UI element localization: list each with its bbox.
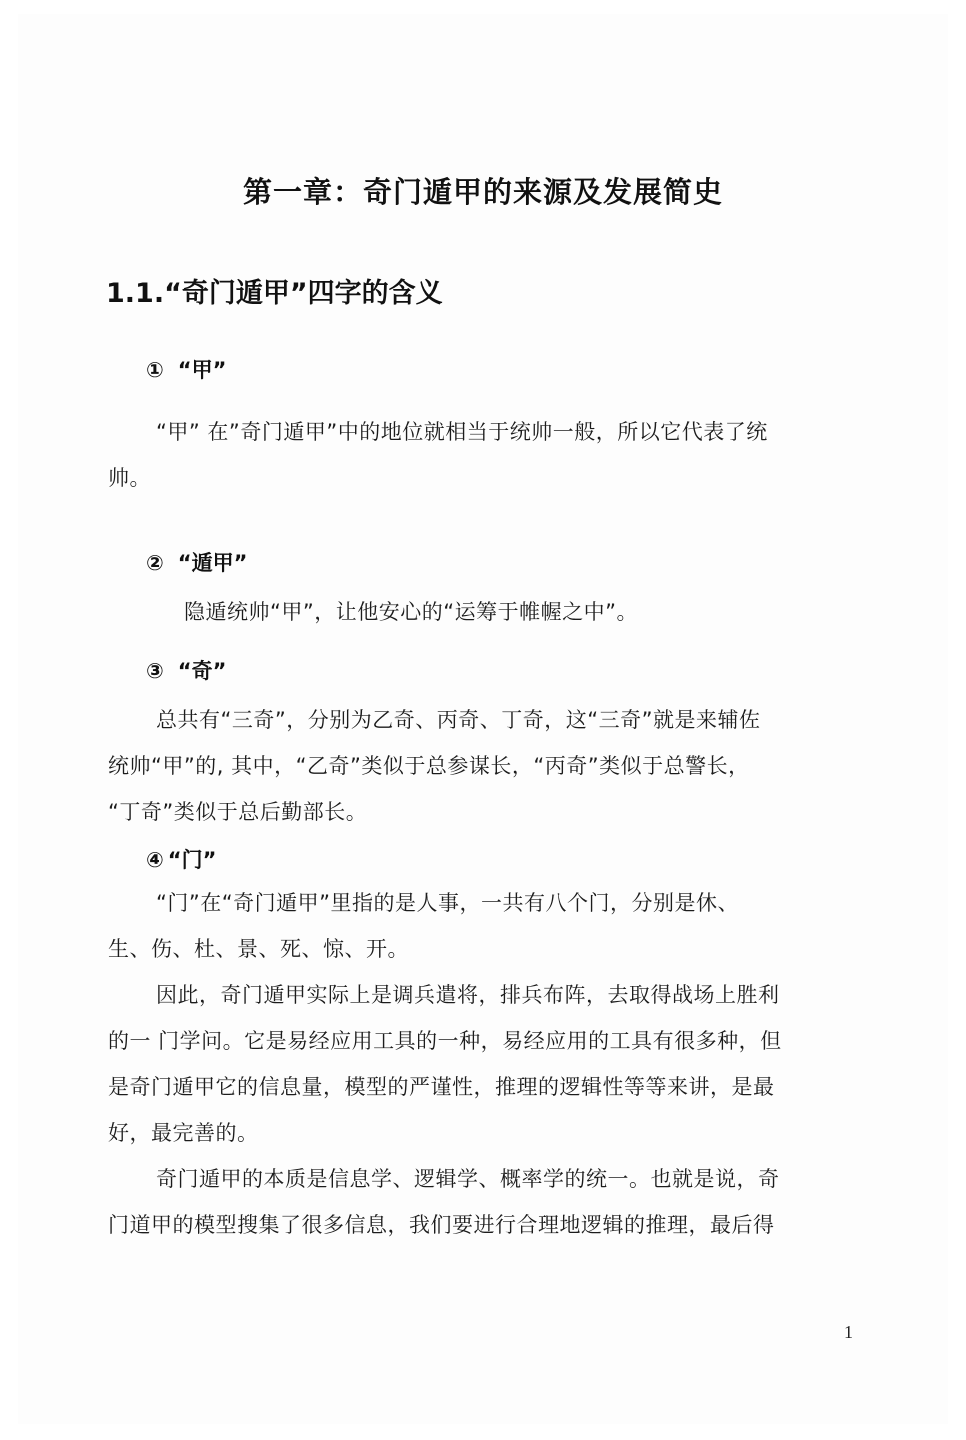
paragraph-essence: 奇门遁甲的本质是信息学、逻辑学、概率学的统一。也就是说，奇 门道甲的模型搜集了很… bbox=[108, 1156, 858, 1248]
subheading-text: “遁甲” bbox=[178, 551, 248, 575]
paragraph-jia: “甲” 在”奇门遁甲”中的地位就相当于统帅一般，所以它代表了统 帅。 bbox=[108, 409, 858, 501]
text-line: 统帅“甲”的, 其中，“乙奇”类似于总参谋长，“丙奇”类似于总警长， bbox=[108, 743, 858, 789]
paragraph-dunjia: 隐遁统帅“甲”，让他安心的“运筹于帷幄之中”。 bbox=[108, 589, 858, 635]
text-line: “门”在“奇门遁甲”里指的是人事，一共有八个门，分别是休、 bbox=[108, 880, 858, 926]
paragraph-men: “门”在“奇门遁甲”里指的是人事，一共有八个门，分别是休、 生、伤、杜、景、死、… bbox=[108, 880, 858, 972]
paragraph-summary: 因此，奇门遁甲实际上是调兵遣将，排兵布阵，去取得战场上胜利 的一 门学问。它是易… bbox=[108, 972, 858, 1156]
text-line: 是奇门遁甲它的信息量，模型的严谨性，推理的逻辑性等等来讲，是最 bbox=[108, 1064, 858, 1110]
circled-number-1: ① bbox=[146, 358, 164, 382]
subheading-men: ④“门” bbox=[146, 844, 216, 874]
chapter-title: 第一章：奇门遁甲的来源及发展简史 bbox=[0, 170, 966, 211]
subheading-text: “奇” bbox=[178, 659, 227, 683]
text-line: 的一 门学问。它是易经应用工具的一种，易经应用的工具有很多种，但 bbox=[108, 1018, 858, 1064]
text-line: 好，最完善的。 bbox=[108, 1110, 858, 1156]
subheading-qi: ③“奇” bbox=[146, 655, 226, 685]
text-line: 生、伤、杜、景、死、惊、开。 bbox=[108, 926, 858, 972]
circled-number-4: ④ bbox=[146, 848, 164, 872]
text-line: “甲” 在”奇门遁甲”中的地位就相当于统帅一般，所以它代表了统 bbox=[108, 409, 858, 455]
text-line: 总共有“三奇”，分别为乙奇、丙奇、丁奇，这“三奇”就是来辅佐 bbox=[108, 697, 858, 743]
subheading-text: “门” bbox=[168, 848, 217, 872]
text-line: 隐遁统帅“甲”，让他安心的“运筹于帷幄之中”。 bbox=[108, 589, 858, 635]
subheading-text: “甲” bbox=[178, 358, 227, 382]
paragraph-qi: 总共有“三奇”，分别为乙奇、丙奇、丁奇，这“三奇”就是来辅佐 统帅“甲”的, 其… bbox=[108, 697, 858, 835]
text-line: “丁奇”类似于总后勤部长。 bbox=[108, 789, 858, 835]
subheading-dunjia: ②“遁甲” bbox=[146, 547, 247, 577]
circled-number-3: ③ bbox=[146, 659, 164, 683]
subheading-jia: ①“甲” bbox=[146, 354, 226, 384]
section-title: 1.1.“奇门遁甲”四字的含义 bbox=[106, 271, 443, 310]
circled-number-2: ② bbox=[146, 551, 164, 575]
text-line: 奇门遁甲的本质是信息学、逻辑学、概率学的统一。也就是说，奇 bbox=[108, 1156, 858, 1202]
text-line: 因此，奇门遁甲实际上是调兵遣将，排兵布阵，去取得战场上胜利 bbox=[108, 972, 858, 1018]
page-number: 1 bbox=[844, 1322, 853, 1343]
text-line: 门道甲的模型搜集了很多信息，我们要进行合理地逻辑的推理，最后得 bbox=[108, 1202, 858, 1248]
text-line: 帅。 bbox=[108, 455, 858, 501]
